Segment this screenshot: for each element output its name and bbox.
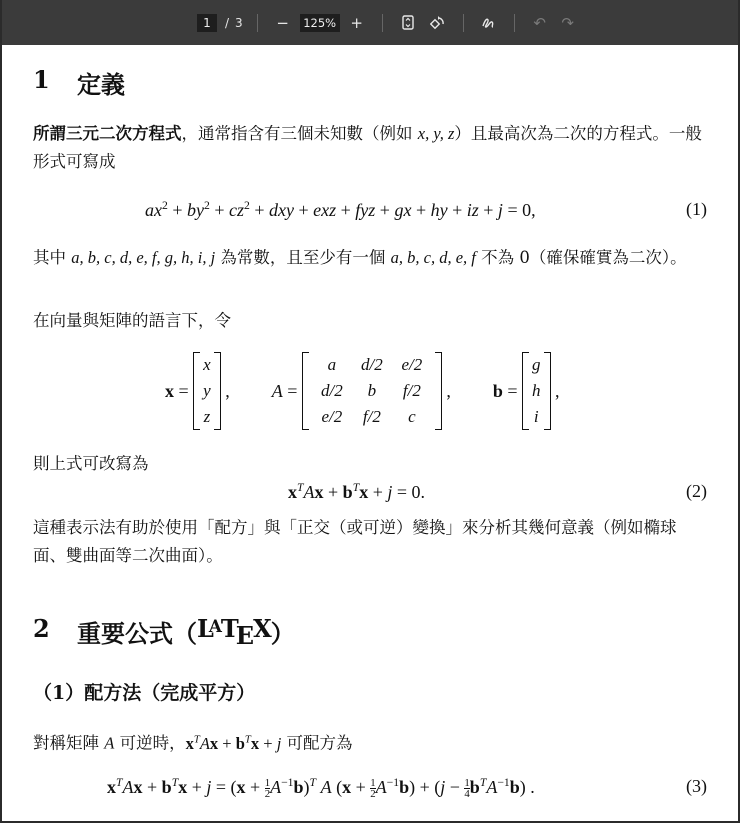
page-fit-icon[interactable] <box>397 12 419 34</box>
divider <box>514 14 515 32</box>
page-number-input[interactable] <box>197 14 217 32</box>
paragraph-geometric: 這種表示法有助於使用「配方」與「正交（或可逆）變換」來分析其幾何意義（例如橢球面… <box>33 514 709 570</box>
divider <box>382 14 383 32</box>
subsection-heading: （1）配方法（完成平方） <box>33 678 255 705</box>
latex-logo: LATEX <box>197 614 271 650</box>
paragraph-definition: 所謂三元二次方程式，通常指含有三個未知數（例如 x, y, z）且最高次為二次的… <box>33 120 709 176</box>
divider <box>463 14 464 32</box>
pen-draw-icon[interactable] <box>478 12 500 34</box>
divider <box>257 14 258 32</box>
vector-x: xyz <box>193 352 221 430</box>
paragraph-constants: 其中 a, b, c, d, e, f, g, h, i, j 為常數，且至少有… <box>33 244 709 272</box>
zoom-level-display[interactable]: 125% <box>300 14 340 32</box>
page-separator: / <box>225 16 229 30</box>
redo-icon[interactable]: ↷ <box>557 12 579 34</box>
matrix-definitions: x = xyz , A = ad/2e/2 d/2bf/2 e/2f/2c , … <box>0 350 740 432</box>
pdf-toolbar: / 3 − 125% + ↶ ↷ <box>0 0 740 45</box>
matrix-A: ad/2e/2 d/2bf/2 e/2f/2c <box>302 352 442 430</box>
vector-b: ghi <box>522 352 551 430</box>
page-total: 3 <box>235 16 243 30</box>
minus-icon[interactable]: − <box>272 12 294 34</box>
paragraph-completing-square: 對稱矩陣 A 可逆時，xTAx + bTx + j 可配方為 <box>33 725 709 758</box>
undo-icon[interactable]: ↶ <box>529 12 551 34</box>
plus-icon[interactable]: + <box>346 12 368 34</box>
section-heading-1: 1 定義 <box>33 65 125 100</box>
section-heading-2: 2 重要公式（LATEX） <box>33 614 295 650</box>
paragraph-vector-intro: 在向量與矩陣的語言下，令 <box>33 307 709 335</box>
paragraph-rewrite: 則上式可改寫為 <box>33 450 709 478</box>
rotate-icon[interactable] <box>427 12 449 34</box>
